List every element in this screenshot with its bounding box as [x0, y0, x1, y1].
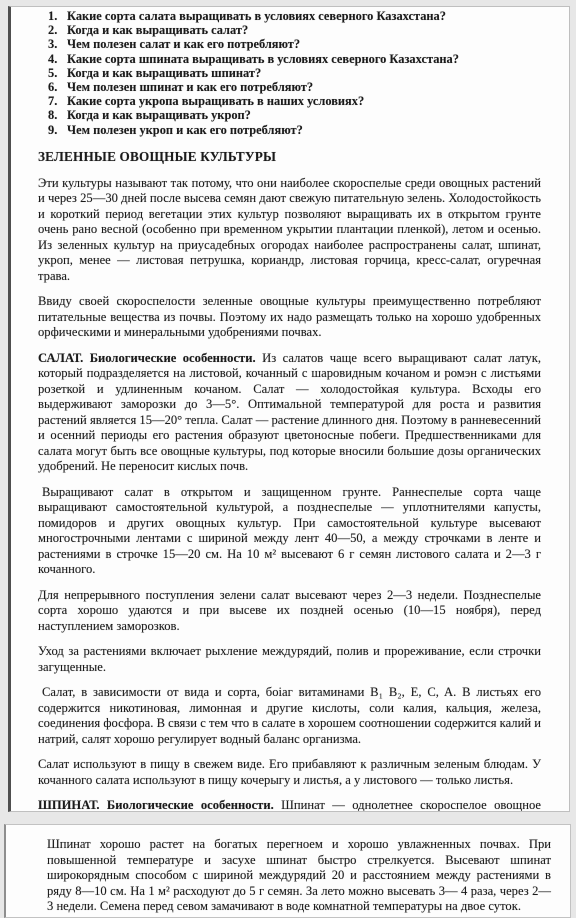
- question-item: 9.Чем полезен укроп и как его потребляют…: [48, 123, 541, 137]
- paragraph-text: Для непрерывного поступления зелени сала…: [38, 588, 541, 633]
- question-text: Чем полезен салат и как его потребляют?: [62, 37, 300, 51]
- paragraph-text: Салат, в зависимости от вида и сорта, бо…: [38, 685, 541, 746]
- paragraph-salat: САЛАТ. Биологические особенности. Из сал…: [38, 351, 541, 475]
- paragraph-text: Уход за растениями включает рыхление меж…: [38, 644, 541, 674]
- paragraph: Выращивают салат в открытом и защищенном…: [38, 485, 541, 578]
- paragraph: Салат используют в пищу в свежем виде. Е…: [38, 757, 541, 788]
- question-number: 3.: [48, 37, 62, 51]
- paragraph: Уход за растениями включает рыхление меж…: [38, 644, 541, 675]
- paragraph: Салат, в зависимости от вида и сорта, бо…: [38, 685, 541, 747]
- question-item: 8.Когда и как выращивать укроп?: [48, 108, 541, 122]
- question-text: Какие сорта салата выращивать в условиях…: [62, 9, 446, 23]
- section-heading: ЗЕЛЕННЫЕ ОВОЩНЫЕ КУЛЬТУРЫ: [38, 149, 541, 165]
- paragraph-text: Салат используют в пищу в свежем виде. Е…: [38, 757, 541, 787]
- paragraph-text: Выращивают салат в открытом и защищенном…: [38, 485, 541, 577]
- paragraph: Шпинат хорошо растет на богатых перегное…: [47, 837, 551, 915]
- scanned-page-1: 1.Какие сорта салата выращивать в услови…: [8, 6, 570, 812]
- question-item: 6.Чем полезен шпинат и как его потребляю…: [48, 80, 541, 94]
- paragraph-text: Ввиду своей скороспелости зеленные овощн…: [38, 294, 541, 339]
- question-item: 5.Когда и как выращивать шпинат?: [48, 66, 541, 80]
- question-text: Когда и как выращивать салат?: [62, 23, 248, 37]
- question-number: 7.: [48, 94, 62, 108]
- question-number: 5.: [48, 66, 62, 80]
- question-item: 4.Какие сорта шпината выращивать в услов…: [48, 52, 541, 66]
- question-number: 9.: [48, 123, 62, 137]
- paragraph-text: Из салатов чаще всего выращивают салат л…: [38, 351, 541, 474]
- question-list: 1.Какие сорта салата выращивать в услови…: [48, 9, 541, 137]
- paragraph: Эти культуры называют так потому, что он…: [38, 176, 541, 285]
- paragraph: Для непрерывного поступления зелени сала…: [38, 588, 541, 635]
- question-text: Когда и как выращивать укроп?: [62, 108, 251, 122]
- question-number: 1.: [48, 9, 62, 23]
- paragraph: Ввиду своей скороспелости зеленные овощн…: [38, 294, 541, 341]
- paragraph-shpinat: ШПИНАТ. Биологические особенности. Шпина…: [38, 798, 541, 812]
- question-text: Какие сорта укропа выращивать в наших ус…: [62, 94, 364, 108]
- question-item: 7.Какие сорта укропа выращивать в наших …: [48, 94, 541, 108]
- question-number: 2.: [48, 23, 62, 37]
- question-item: 3.Чем полезен салат и как его потребляют…: [48, 37, 541, 51]
- question-number: 6.: [48, 80, 62, 94]
- question-text: Чем полезен шпинат и как его потребляют?: [62, 80, 313, 94]
- question-text: Когда и как выращивать шпинат?: [62, 66, 261, 80]
- question-number: 4.: [48, 52, 62, 66]
- paragraph-text: Эти культуры называют так потому, что он…: [38, 176, 541, 283]
- question-text: Чем полезен укроп и как его потребляют?: [62, 123, 303, 137]
- paragraph-lead: ШПИНАТ. Биологические особенности.: [38, 798, 281, 812]
- paragraph-text: Шпинат хорошо растет на богатых перегное…: [47, 837, 551, 913]
- question-number: 8.: [48, 108, 62, 122]
- question-text: Какие сорта шпината выращивать в условия…: [62, 52, 459, 66]
- paragraph-lead: САЛАТ. Биологические особенности.: [38, 351, 262, 365]
- question-item: 2.Когда и как выращивать салат?: [48, 23, 541, 37]
- question-item: 1.Какие сорта салата выращивать в услови…: [48, 9, 541, 23]
- scanned-page-2: Шпинат хорошо растет на богатых перегное…: [4, 824, 571, 918]
